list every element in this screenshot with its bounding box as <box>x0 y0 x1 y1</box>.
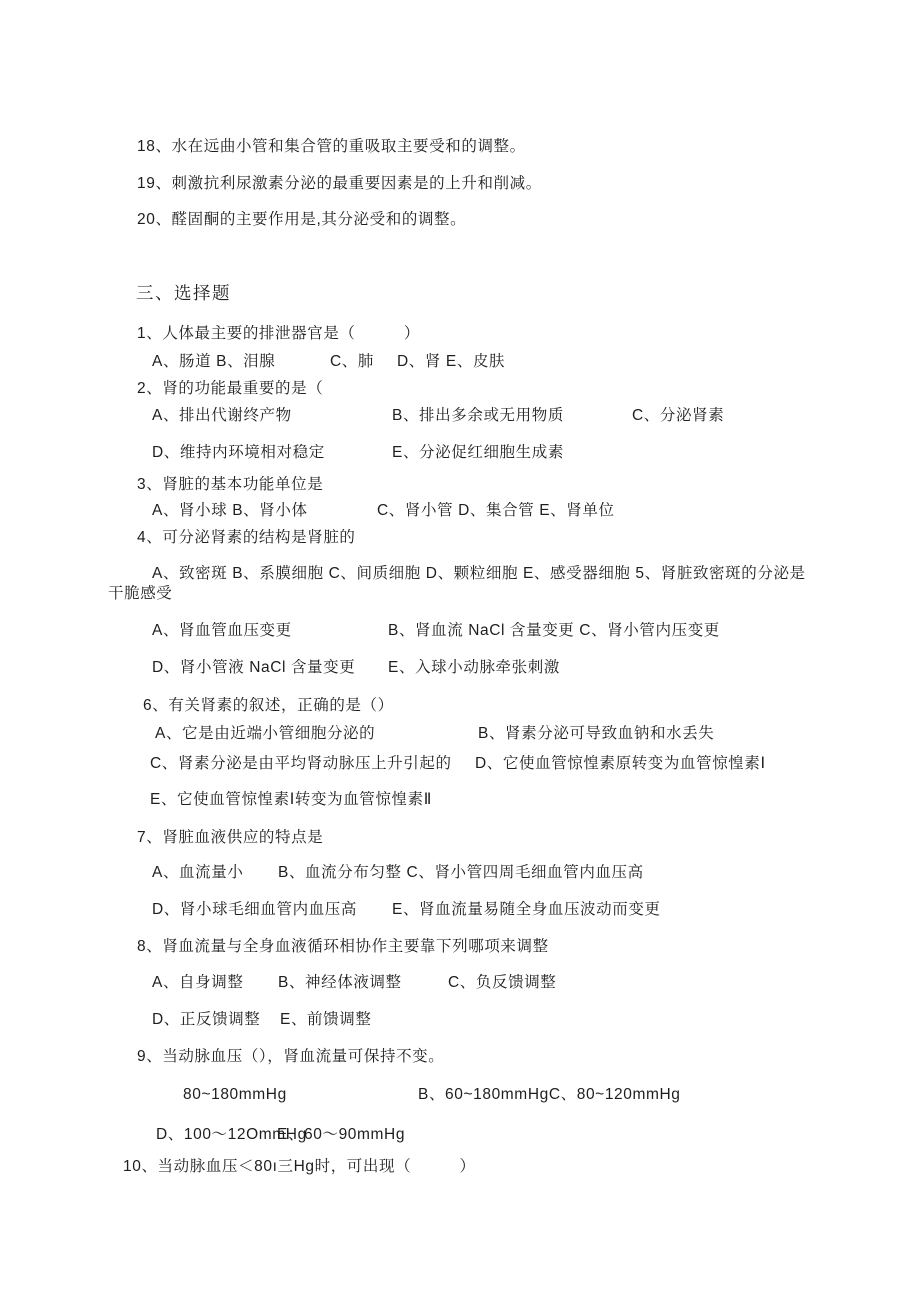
q3-stem: 3、肾脏的基本功能单位是 <box>137 476 323 495</box>
q8-option-a: A、自身调整 <box>152 974 243 993</box>
q8-option-c: C、负反馈调整 <box>448 974 556 993</box>
section-title: 三、选择题 <box>136 283 231 304</box>
q2-option-c: C、分泌肾素 <box>632 407 724 426</box>
q9-option-a: 80~180mmHg <box>183 1086 287 1105</box>
q6-option-c: C、肾素分泌是由平均肾动脉压上升引起的 <box>150 755 452 774</box>
q1-options-de: D、肾 E、皮肤 <box>397 353 505 372</box>
q9-stem: 9、当动脉血压（），肾血流量可保持不变。 <box>137 1048 444 1067</box>
document-page: 18、水在远曲小管和集合管的重吸取主要受和的调整。 19、刺激抗利尿激素分泌的最… <box>0 0 920 1301</box>
q3-options-cde: C、肾小管 D、集合管 E、肾单位 <box>377 502 615 521</box>
q7-option-a: A、血流量小 <box>152 864 243 883</box>
q5-stem-wrap: 干脆感受 <box>108 585 172 604</box>
q2-option-a: A、排出代谢终产物 <box>152 407 292 426</box>
blank-question-19: 19、刺激抗利尿激素分泌的最重要因素是的上升和削减。 <box>137 175 542 194</box>
q7-option-d: D、肾小球毛细血管内血压高 <box>152 901 357 920</box>
q9-options-bc: B、60~180mmHgC、80~120mmHg <box>418 1086 681 1105</box>
q2-option-e: E、分泌促红细胞生成素 <box>392 444 564 463</box>
q6-option-e: E、它使血管惊惶素Ⅰ转变为血管惊惶素Ⅱ <box>150 791 432 810</box>
q2-option-b: B、排出多余或无用物质 <box>392 407 564 426</box>
q3-options-ab: A、肾小球 B、肾小体 <box>152 502 308 521</box>
q5-option-e: E、入球小动脉牵张刺激 <box>388 659 560 678</box>
q9-option-e: E、60～90mmHg <box>277 1126 405 1145</box>
q8-stem: 8、肾血流量与全身血液循环相协作主要靠下列哪项来调整 <box>137 938 549 957</box>
q4-stem: 4、可分泌肾素的结构是肾脏的 <box>137 529 356 548</box>
blank-question-20: 20、醛固酮的主要作用是,其分泌受和的调整。 <box>137 211 466 230</box>
q4-options-line: A、致密斑 B、系膜细胞 C、间质细胞 D、颗粒细胞 E、感受器细胞 5、肾脏致… <box>152 565 806 584</box>
q7-option-e: E、肾血流量易随全身血压波动而变更 <box>392 901 661 920</box>
q8-option-b: B、神经体液调整 <box>278 974 402 993</box>
q7-stem: 7、肾脏血液供应的特点是 <box>137 829 323 848</box>
q6-option-d: D、它使血管惊惶素原转变为血管惊惶素Ⅰ <box>475 755 766 774</box>
q10-stem: 10、当动脉血压＜80ı三Hg时，可出现（ ） <box>123 1158 476 1177</box>
q5-option-d: D、肾小管液 NaCl 含量变更 <box>152 659 355 678</box>
q6-stem: 6、有关肾素的叙述，正确的是（） <box>143 697 394 716</box>
q5-options-bc: B、肾血流 NaCl 含量变更 C、肾小管内压变更 <box>388 622 720 641</box>
q8-option-e: E、前馈调整 <box>280 1011 371 1030</box>
q2-option-d: D、维持内环境相对稳定 <box>152 444 325 463</box>
q5-option-a: A、肾血管血压变更 <box>152 622 292 641</box>
q1-option-c: C、肺 <box>330 353 374 372</box>
q6-option-a: A、它是由近端小管细胞分泌的 <box>155 725 375 744</box>
q1-stem: 1、人体最主要的排泄器官是（ ） <box>137 325 420 344</box>
q6-option-b: B、肾素分泌可导致血钠和水丢失 <box>478 725 714 744</box>
q8-option-d: D、正反馈调整 <box>152 1011 260 1030</box>
q1-options-ab: A、肠道 B、泪腺 <box>152 353 275 372</box>
q2-stem: 2、肾的功能最重要的是（ <box>137 380 323 399</box>
q7-options-bc: B、血流分布匀整 C、肾小管四周毛细血管内血压高 <box>278 864 644 883</box>
blank-question-18: 18、水在远曲小管和集合管的重吸取主要受和的调整。 <box>137 138 526 157</box>
